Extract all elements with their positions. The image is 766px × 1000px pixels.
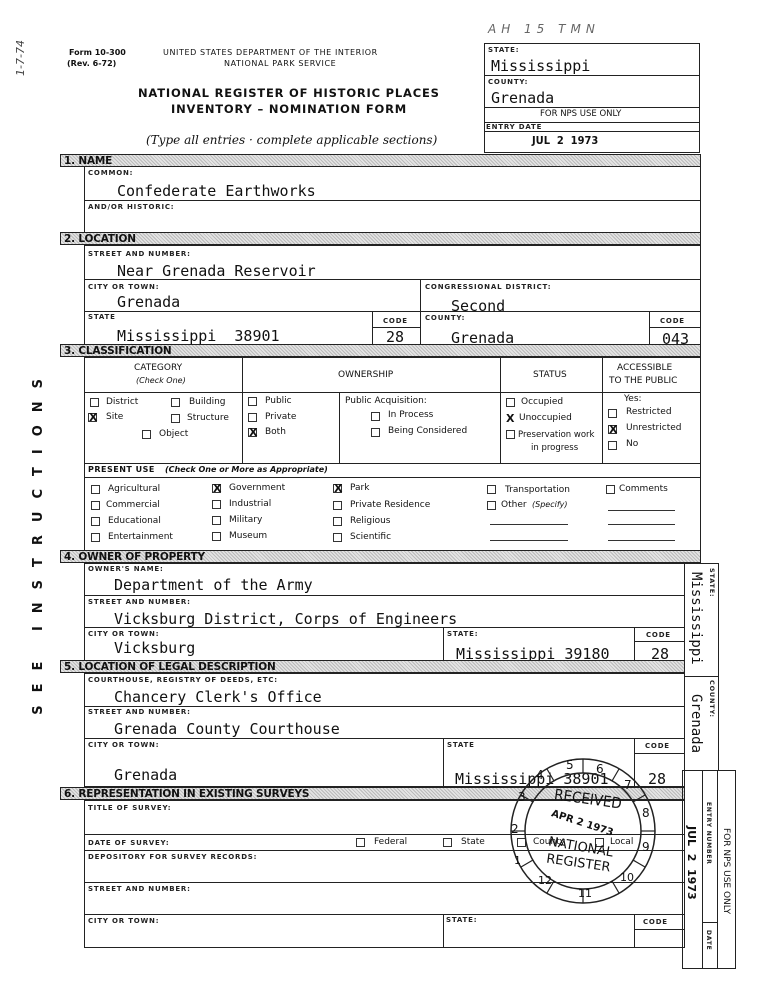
public-acquisition-label: Public Acquisition: — [345, 396, 427, 406]
entry-date-label: ENTRY DATE — [486, 123, 542, 131]
col-status: STATUS — [533, 370, 567, 380]
legal-street-field[interactable]: Grenada County Courthouse — [114, 720, 340, 738]
option-in-progress: in progress — [531, 443, 578, 453]
use-industrial: Industrial — [229, 499, 271, 509]
use-government: Government — [229, 483, 285, 493]
access-yes-label: Yes: — [624, 394, 642, 404]
stamp-number-8: 8 — [642, 806, 650, 820]
historic-label: AND/OR HISTORIC: — [88, 203, 174, 211]
stamp-number-5: 5 — [566, 758, 574, 772]
depository-label: DEPOSITORY FOR SURVEY RECORDS: — [88, 853, 257, 861]
checkbox-park[interactable] — [333, 484, 342, 493]
col-category: CATEGORY — [134, 363, 182, 373]
nps-use-only: FOR NPS USE ONLY — [540, 109, 621, 119]
courthouse-field[interactable]: Chancery Clerk's Office — [114, 688, 322, 706]
use-entertainment: Entertainment — [108, 532, 173, 542]
stamp-number-4: 4 — [536, 768, 544, 782]
survey-street-label: STREET AND NUMBER: — [88, 885, 191, 893]
option-site: Site — [106, 412, 123, 422]
checkbox-museum[interactable] — [212, 532, 221, 541]
survey-city-label: CITY OR TOWN: — [88, 917, 159, 925]
option-district: District — [106, 397, 138, 407]
checkbox-religious[interactable] — [333, 517, 342, 526]
common-name-field[interactable]: Confederate Earthworks — [117, 182, 316, 200]
present-use-label: PRESENT USE — [88, 465, 155, 474]
checkbox-no[interactable] — [608, 441, 617, 450]
stamp-number-12: 12 — [538, 874, 552, 887]
checkbox-district[interactable] — [90, 398, 99, 407]
checkbox-unoccupied[interactable] — [505, 414, 514, 423]
strip-state-label: STATE: — [708, 568, 716, 597]
courthouse-label: COURTHOUSE, REGISTRY OF DEEDS, ETC: — [88, 676, 278, 684]
checkbox-site[interactable] — [88, 413, 97, 422]
entry-date-value: JUL 2 1973 — [532, 134, 598, 147]
owner-code-label: CODE — [646, 631, 671, 639]
checkbox-occupied[interactable] — [506, 398, 515, 407]
use-transportation: Transportation — [505, 485, 570, 495]
legal-city-label: CITY OR TOWN: — [88, 741, 159, 749]
use-other: Other — [501, 500, 527, 510]
checkbox-educational[interactable] — [91, 517, 100, 526]
option-restricted: Restricted — [626, 407, 672, 417]
section-2-header: 2. LOCATION — [60, 232, 701, 245]
checkbox-agricultural[interactable] — [91, 485, 100, 494]
checkbox-building[interactable] — [171, 398, 180, 407]
survey-title-label: TITLE OF SURVEY: — [88, 804, 171, 812]
county-label: COUNTY: — [425, 314, 465, 322]
option-preservation-work: Preservation work — [518, 430, 594, 440]
col-access-1: ACCESSIBLE — [617, 363, 672, 373]
option-both: Both — [265, 427, 286, 437]
common-label: COMMON: — [88, 169, 133, 177]
col-category-sub: (Check One) — [136, 376, 186, 385]
checkbox-state[interactable] — [443, 838, 452, 847]
form-revision: (Rev. 6-72) — [67, 59, 116, 68]
use-military: Military — [229, 515, 262, 525]
checkbox-commercial[interactable] — [91, 501, 100, 510]
checkbox-entertainment[interactable] — [91, 533, 100, 542]
owner-city-field[interactable]: Vicksburg — [114, 639, 195, 657]
form-title-line2: INVENTORY – NOMINATION FORM — [171, 102, 407, 116]
owner-name-field[interactable]: Department of the Army — [114, 576, 313, 594]
checkbox-being-considered[interactable] — [371, 428, 380, 437]
stamp-number-9: 9 — [642, 840, 650, 854]
checkbox-object[interactable] — [142, 430, 151, 439]
checkbox-transportation[interactable] — [487, 485, 496, 494]
department: UNITED STATES DEPARTMENT OF THE INTERIOR — [163, 48, 378, 57]
survey-code-label: CODE — [643, 918, 668, 926]
owner-name-label: OWNER'S NAME: — [88, 565, 164, 573]
checkbox-industrial[interactable] — [212, 500, 221, 509]
strip-county-label: COUNTY: — [708, 680, 716, 718]
state-code-label: CODE — [383, 317, 408, 325]
use-park: Park — [350, 483, 369, 493]
survey-date-label: DATE OF SURVEY: — [88, 839, 169, 847]
use-agricultural: Agricultural — [108, 484, 160, 494]
owner-street-field[interactable]: Vicksburg District, Corps of Engineers — [114, 610, 457, 628]
county-code-label: CODE — [660, 317, 685, 325]
option-no: No — [626, 439, 638, 449]
legal-code-label: CODE — [645, 742, 670, 750]
instructions: (Type all entries · complete applicable … — [146, 133, 437, 147]
option-building: Building — [189, 397, 226, 407]
district-label: CONGRESSIONAL DISTRICT: — [425, 283, 551, 291]
checkbox-comments[interactable] — [606, 485, 615, 494]
option-occupied: Occupied — [521, 397, 563, 407]
col-access-2: TO THE PUBLIC — [609, 376, 677, 386]
checkbox-in-process[interactable] — [371, 412, 380, 421]
present-use-sub: (Check One or More as Appropriate) — [165, 465, 328, 474]
use-comments: Comments — [619, 484, 668, 494]
checkbox-military[interactable] — [212, 516, 221, 525]
level-state: State — [461, 837, 485, 847]
checkbox-unrestricted[interactable] — [608, 425, 617, 434]
service: NATIONAL PARK SERVICE — [224, 59, 336, 68]
legal-city-field[interactable]: Grenada — [114, 766, 177, 784]
other-specify-line-1[interactable] — [490, 524, 568, 525]
option-being-considered: Being Considered — [388, 426, 467, 436]
checkbox-scientific[interactable] — [333, 533, 342, 542]
nps-county-value: Grenada — [491, 89, 554, 107]
checkbox-restricted[interactable] — [608, 409, 617, 418]
strip-county-value: Grenada — [688, 694, 704, 753]
option-public: Public — [265, 396, 292, 406]
use-museum: Museum — [229, 531, 267, 541]
form-number: Form 10-300 — [69, 48, 126, 57]
nps-handwriting: AH 15 TMN — [488, 22, 600, 36]
checkbox-both[interactable] — [248, 428, 257, 437]
strip-nps-only: FOR NPS USE ONLY — [721, 828, 731, 914]
stamp-number-1: 1 — [514, 854, 521, 867]
level-federal: Federal — [374, 837, 407, 847]
checkbox-federal[interactable] — [356, 838, 365, 847]
other-specify-hint: (Specify) — [532, 500, 568, 509]
checkbox-preservation-work[interactable] — [506, 430, 515, 439]
option-object: Object — [159, 429, 188, 439]
checkbox-public[interactable] — [248, 397, 257, 406]
state-label: STATE — [88, 313, 116, 321]
option-unoccupied: Unoccupied — [519, 413, 572, 423]
owner-state-label: STATE: — [447, 630, 478, 638]
owner-city-label: CITY OR TOWN: — [88, 630, 159, 638]
strip-entry-value: JUL 2 1973 — [685, 826, 698, 900]
use-scientific: Scientific — [350, 532, 391, 542]
use-educational: Educational — [108, 516, 161, 526]
city-field[interactable]: Grenada — [117, 293, 180, 311]
other-specify-line-2[interactable] — [490, 540, 568, 541]
checkbox-private-residence[interactable] — [333, 501, 342, 510]
stamp-number-10: 10 — [620, 871, 634, 884]
street-field[interactable]: Near Grenada Reservoir — [117, 262, 316, 280]
strip-state-value: Mississippi — [688, 572, 704, 665]
checkbox-government[interactable] — [212, 484, 221, 493]
strip-date-label: DATE — [705, 930, 712, 951]
comments-line-3[interactable] — [608, 540, 675, 541]
survey-state-label: STATE: — [446, 916, 477, 924]
margin-note: 1-7-74 — [14, 40, 27, 76]
historic-name-field[interactable] — [117, 214, 677, 230]
section-4-header: 4. OWNER OF PROPERTY — [60, 550, 701, 563]
use-commercial: Commercial — [106, 500, 160, 510]
option-private: Private — [265, 412, 296, 422]
strip-entry-number-label: ENTRY NUMBER — [705, 802, 712, 865]
city-label: CITY OR TOWN: — [88, 283, 159, 291]
comments-line-1[interactable] — [608, 510, 675, 511]
street-label: STREET AND NUMBER: — [88, 250, 191, 258]
checkbox-other[interactable] — [487, 501, 496, 510]
col-ownership: OWNERSHIP — [338, 370, 393, 380]
stamp-number-2: 2 — [511, 822, 519, 836]
see-instructions: SEE INSTRUCTIONS — [31, 366, 46, 715]
nps-state-value: Mississippi — [491, 57, 590, 75]
owner-street-label: STREET AND NUMBER: — [88, 598, 191, 606]
form-title-line1: NATIONAL REGISTER OF HISTORIC PLACES — [138, 86, 440, 100]
state-field[interactable]: Mississippi 38901 — [117, 327, 280, 345]
comments-line-2[interactable] — [608, 524, 675, 525]
legal-state-label: STATE — [447, 741, 475, 749]
option-unrestricted: Unrestricted — [626, 423, 681, 433]
nps-state-label: STATE: — [488, 46, 519, 54]
stamp-number-6: 6 — [596, 762, 604, 776]
section-3-header: 3. CLASSIFICATION — [60, 344, 701, 357]
stamp-number-11: 11 — [578, 887, 592, 900]
use-religious: Religious — [350, 516, 391, 526]
option-structure: Structure — [187, 413, 229, 423]
stamp-number-7: 7 — [624, 778, 632, 792]
district-field[interactable]: Second — [451, 297, 505, 315]
nps-county-label: COUNTY: — [488, 78, 528, 86]
legal-street-label: STREET AND NUMBER: — [88, 708, 191, 716]
checkbox-private[interactable] — [248, 413, 257, 422]
section-5-header: 5. LOCATION OF LEGAL DESCRIPTION — [60, 660, 685, 673]
received-stamp: 5 6 7 8 9 10 11 12 1 2 3 4 RECEIVED APR … — [508, 756, 658, 906]
stamp-number-3: 3 — [518, 790, 526, 804]
option-in-process: In Process — [388, 410, 433, 420]
checkbox-structure[interactable] — [171, 414, 180, 423]
use-private-residence: Private Residence — [350, 500, 430, 510]
